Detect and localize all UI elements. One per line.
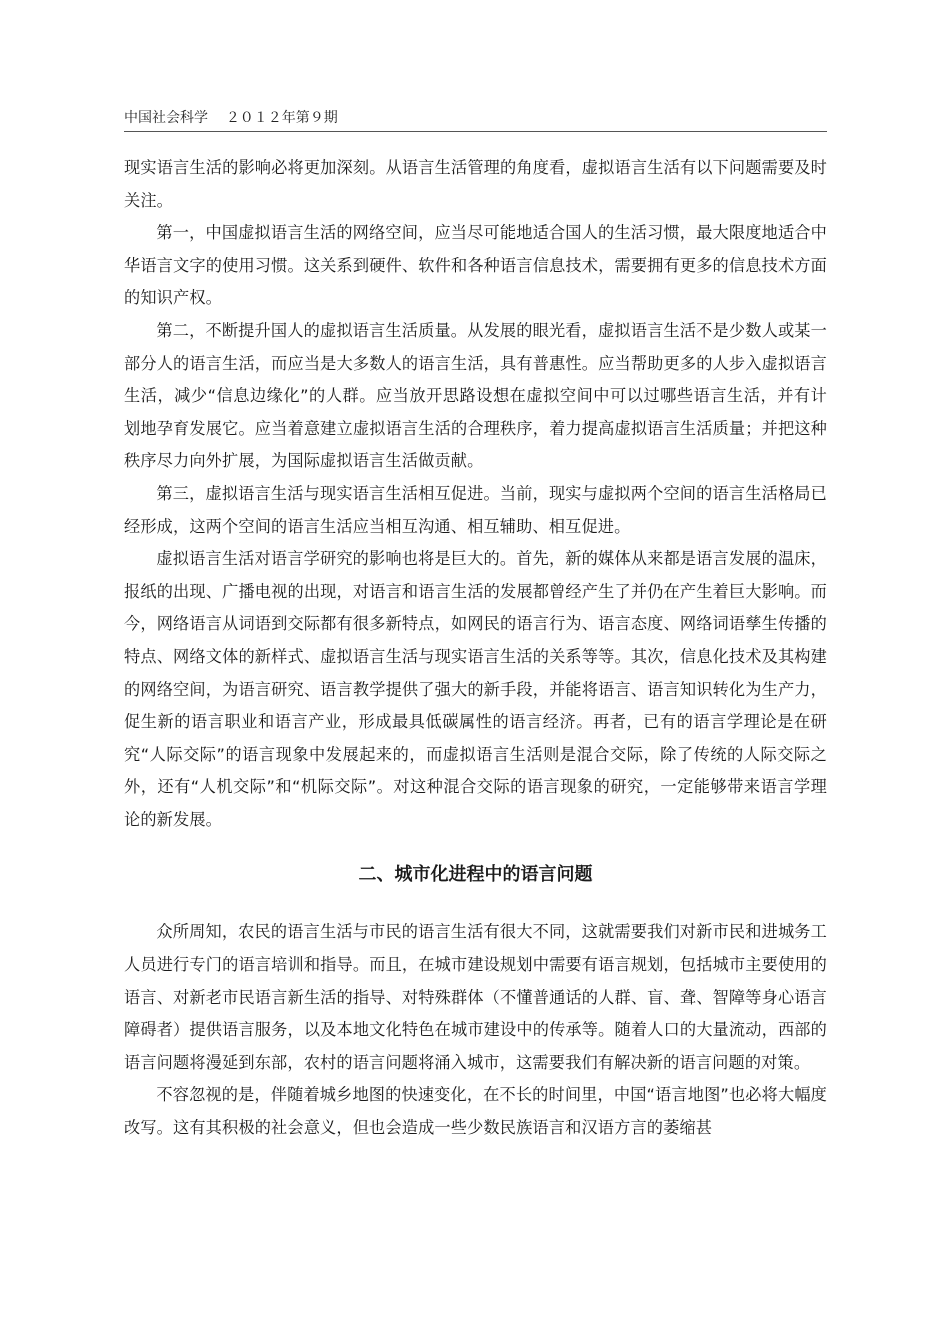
header-spacer (208, 110, 226, 126)
paragraph: 众所周知，农民的语言生活与市民的语言生活有很大不同，这就需要我们对新市民和进城务… (124, 916, 827, 1079)
paragraph: 不容忽视的是，伴随着城乡地图的快速变化，在不长的时间里，中国“语言地图”也必将大… (124, 1079, 827, 1144)
issue-number: ２０１２年第９期 (226, 110, 338, 126)
header-rule (124, 131, 827, 132)
paragraph: 第三，虚拟语言生活与现实语言生活相互促进。当前，现实与虚拟两个空间的语言生活格局… (124, 478, 827, 543)
paragraph: 现实语言生活的影响必将更加深刻。从语言生活管理的角度看，虚拟语言生活有以下问题需… (124, 152, 827, 217)
journal-name: 中国社会科学 (124, 110, 208, 126)
paragraph: 虚拟语言生活对语言学研究的影响也将是巨大的。首先，新的媒体从来都是语言发展的温床… (124, 543, 827, 836)
paragraph: 第一，中国虚拟语言生活的网络空间，应当尽可能地适合国人的生活习惯，最大限度地适合… (124, 217, 827, 315)
paragraph: 第二，不断提升国人的虚拟语言生活质量。从发展的眼光看，虚拟语言生活不是少数人或某… (124, 315, 827, 478)
section-heading: 二、城市化进程中的语言问题 (124, 836, 827, 916)
article-body: 现实语言生活的影响必将更加深刻。从语言生活管理的角度看，虚拟语言生活有以下问题需… (124, 152, 827, 1145)
running-header: 中国社会科学 ２０１２年第９期 (124, 108, 338, 128)
